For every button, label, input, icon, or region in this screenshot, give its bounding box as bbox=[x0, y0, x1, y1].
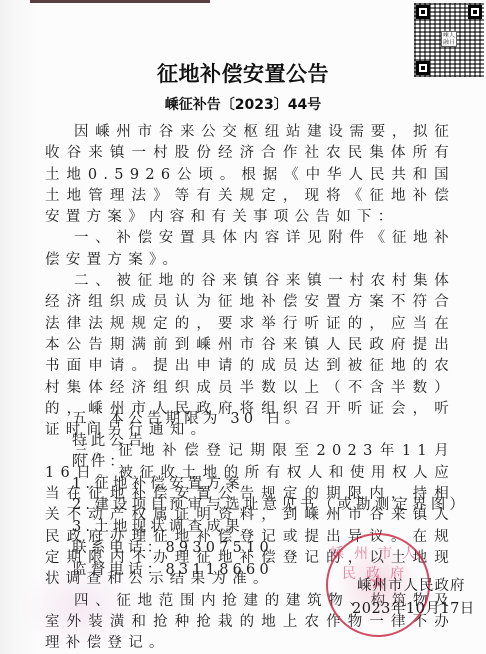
qr-logo: 嵊人 融日 bbox=[441, 31, 457, 47]
item-1: 一、补偿安置具体内容详见附件《征地补偿安置方案》。 bbox=[45, 228, 455, 271]
qr-finder-icon bbox=[468, 5, 482, 19]
qr-finder-icon bbox=[416, 5, 430, 19]
attachment-3: 3.土地现状调查成果 bbox=[72, 517, 468, 539]
attachments-label: 附件： bbox=[72, 452, 468, 474]
intro-paragraph: 因嵊州市谷来公交枢纽站建设需要，拟征收谷来镇一村股份经济合作社农民集体所有土地0… bbox=[45, 122, 455, 228]
contact-label: 联系电话： bbox=[72, 540, 166, 556]
issue-date: 2023年10月17日 bbox=[352, 597, 475, 618]
document-number: 嵊征补告〔2023〕44号 bbox=[0, 94, 486, 114]
closing-line: 特此公告 bbox=[72, 431, 468, 453]
period-line: 五、本公告期限为 30 日。 bbox=[72, 409, 468, 431]
attachment-2: 2.建设项目预审与选址意见书（或勘测定界图） bbox=[72, 495, 468, 517]
contact-phone: 89307510 bbox=[166, 540, 273, 556]
supervise-label: 监督电话： bbox=[72, 562, 166, 578]
document-title: 征地补偿安置公告 bbox=[0, 58, 486, 88]
attachment-1: 1.征地补偿安置方案 bbox=[72, 474, 468, 496]
page-top-edge bbox=[30, 0, 210, 3]
issuer-name: 嵊州市人民政府 bbox=[357, 574, 466, 595]
supervise-phone: 83118660 bbox=[166, 562, 273, 578]
